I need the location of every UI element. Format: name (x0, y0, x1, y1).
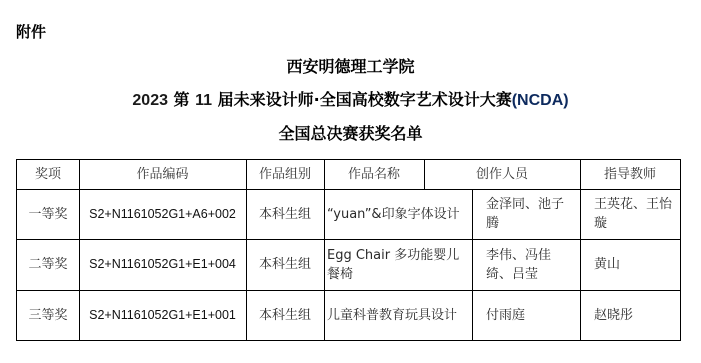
header-advisor: 指导教师 (580, 160, 680, 189)
row2-group: 本科生组 (246, 239, 324, 290)
row1-advisor-text: 王英花、王怡璇 (594, 195, 674, 233)
row2-advisor: 黄山 (580, 239, 680, 290)
institution-title: 西安明德理工学院 (0, 56, 701, 78)
competition-year: 2023 (132, 92, 168, 109)
competition-abbrev: (NCDA) (512, 92, 569, 109)
attachment-label: 附件 (16, 22, 46, 42)
row1-creators-text: 金泽同、池子腾 (486, 195, 574, 233)
row3-advisor-text: 赵晓彤 (594, 306, 633, 325)
header-creators: 创作人员 (424, 160, 580, 189)
row1-advisor: 王英花、王怡璇 (580, 189, 680, 239)
row3-award: 三等奖 (17, 290, 79, 340)
row2-creators: 李伟、冯佳绮、吕莹 (472, 239, 580, 290)
row2-award: 二等奖 (17, 239, 79, 290)
row2-code: S2+N1161052G1+E1+004 (79, 239, 246, 290)
header-name: 作品名称 (324, 160, 424, 189)
row1-group: 本科生组 (246, 189, 324, 239)
row2-name: Egg Chair 多功能婴儿餐椅 (324, 239, 472, 290)
award-table: 奖项 作品编码 作品组别 作品名称 创作人员 指导教师 一等奖 S2+N1161… (16, 159, 681, 341)
row3-advisor: 赵晓彤 (580, 290, 680, 340)
competition-title: 2023 第 11 届未来设计师·全国高校数字艺术设计大赛(NCDA) (0, 89, 701, 112)
header-code: 作品编码 (79, 160, 246, 189)
row1-creators: 金泽同、池子腾 (472, 189, 580, 239)
row2-creators-text: 李伟、冯佳绮、吕莹 (486, 246, 574, 284)
row1-name: “yuan”&印象字体设计 (324, 189, 472, 239)
list-title: 全国总决赛获奖名单 (0, 123, 701, 145)
row1-award: 一等奖 (17, 189, 79, 239)
competition-name: 届未来设计师·全国高校数字艺术设计大赛 (212, 90, 512, 109)
header-group: 作品组别 (246, 160, 324, 189)
row2-name-text: Egg Chair 多功能婴儿餐椅 (327, 246, 466, 284)
header-award: 奖项 (17, 160, 79, 189)
row3-creators-text: 付雨庭 (486, 306, 525, 325)
row3-creators: 付雨庭 (472, 290, 580, 340)
competition-prefix: 第 (168, 90, 195, 109)
competition-edition: 11 (195, 92, 212, 109)
row2-advisor-text: 黄山 (594, 255, 620, 274)
row3-code: S2+N1161052G1+E1+001 (79, 290, 246, 340)
row1-code: S2+N1161052G1+A6+002 (79, 189, 246, 239)
row3-name-text: 儿童科普教育玩具设计 (327, 306, 457, 325)
row3-name: 儿童科普教育玩具设计 (324, 290, 472, 340)
row1-name-text: “yuan”&印象字体设计 (327, 205, 460, 224)
row3-group: 本科生组 (246, 290, 324, 340)
